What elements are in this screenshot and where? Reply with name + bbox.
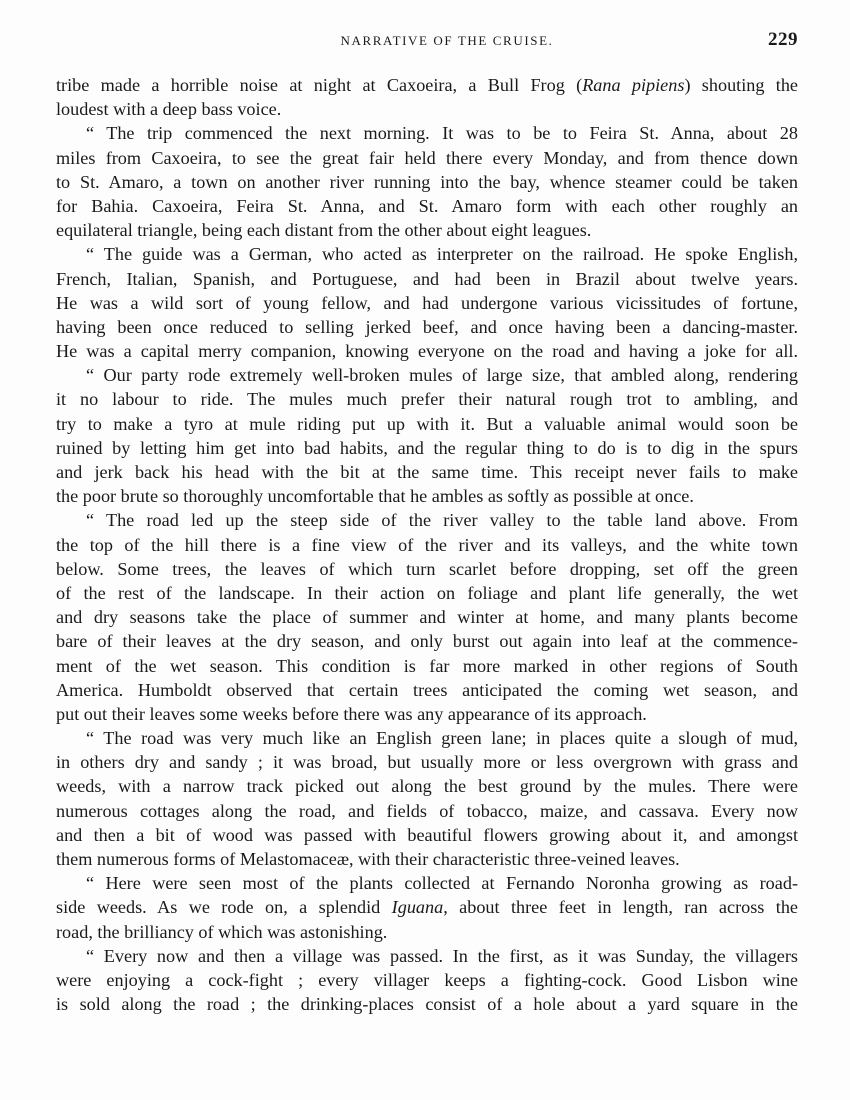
text-line: “ The guide was a German, who acted as i… xyxy=(56,242,798,266)
text-line: “ Every now and then a village was passe… xyxy=(56,944,798,968)
text-line: for Bahia. Caxoeira, Feira St. Anna, and… xyxy=(56,194,798,218)
text-line: “ Here were seen most of the plants coll… xyxy=(56,871,798,895)
text-line: “ The road led up the steep side of the … xyxy=(56,508,798,532)
book-page: NARRATIVE OF THE CRUISE. 229 tribe made … xyxy=(0,0,850,1100)
text-line: weeds, with a narrow track picked out al… xyxy=(56,774,798,798)
running-head: NARRATIVE OF THE CRUISE. xyxy=(56,33,798,49)
text-line: French, Italian, Spanish, and Portuguese… xyxy=(56,267,798,291)
text-line: equilateral triangle, being each distant… xyxy=(56,218,798,242)
text-line: bare of their leaves at the dry season, … xyxy=(56,629,798,653)
text-line: is sold along the road ; the drinking-pl… xyxy=(56,992,798,1016)
text-line: “ The road was very much like an English… xyxy=(56,726,798,750)
text-line: the top of the hill there is a fine view… xyxy=(56,533,798,557)
page-number: 229 xyxy=(768,29,798,51)
text-line: in others dry and sandy ; it was broad, … xyxy=(56,750,798,774)
text-line: He was a wild sort of young fellow, and … xyxy=(56,291,798,315)
text-line: numerous cottages along the road, and fi… xyxy=(56,799,798,823)
text-line: miles from Caxoeira, to see the great fa… xyxy=(56,146,798,170)
text-line: and then a bit of wood was passed with b… xyxy=(56,823,798,847)
text-line: and dry seasons take the place of summer… xyxy=(56,605,798,629)
text-line: “ Our party rode extremely well-broken m… xyxy=(56,363,798,387)
text-line: road, the brilliancy of which was astoni… xyxy=(56,920,798,944)
text-segment: ) shouting the xyxy=(684,75,798,95)
text-line: it no labour to ride. The mules much pre… xyxy=(56,387,798,411)
text-segment: tribe made a horrible noise at night at … xyxy=(56,75,582,95)
text-line: ruined by letting him get into bad habit… xyxy=(56,436,798,460)
page-header: NARRATIVE OF THE CRUISE. 229 xyxy=(56,29,798,53)
text-line: try to make a tyro at mule riding put up… xyxy=(56,412,798,436)
text-line: ment of the wet season. This condition i… xyxy=(56,654,798,678)
text-line: side weeds. As we rode on, a splendid Ig… xyxy=(56,895,798,919)
text-line: tribe made a horrible noise at night at … xyxy=(56,73,798,97)
body-text: tribe made a horrible noise at night at … xyxy=(56,73,798,1016)
italic-term: Rana pipiens xyxy=(582,75,684,95)
text-line: of the rest of the landscape. In their a… xyxy=(56,581,798,605)
text-line: put out their leaves some weeks before t… xyxy=(56,702,798,726)
text-line: below. Some trees, the leaves of which t… xyxy=(56,557,798,581)
text-segment: , about three feet in length, ran across… xyxy=(443,897,798,917)
text-line: loudest with a deep bass voice. xyxy=(56,97,798,121)
text-line: having been once reduced to selling jerk… xyxy=(56,315,798,339)
text-line: and jerk back his head with the bit at t… xyxy=(56,460,798,484)
text-line: to St. Amaro, a town on another river ru… xyxy=(56,170,798,194)
text-line: “ The trip commenced the next morning. I… xyxy=(56,121,798,145)
italic-term: Iguana xyxy=(392,897,444,917)
text-line: them numerous forms of Melastomaceæ, wit… xyxy=(56,847,798,871)
text-segment: side weeds. As we rode on, a splendid xyxy=(56,897,392,917)
text-line: the poor brute so thoroughly uncomfortab… xyxy=(56,484,798,508)
text-line: were enjoying a cock-fight ; every villa… xyxy=(56,968,798,992)
text-line: America. Humboldt observed that certain … xyxy=(56,678,798,702)
text-line: He was a capital merry companion, knowin… xyxy=(56,339,798,363)
